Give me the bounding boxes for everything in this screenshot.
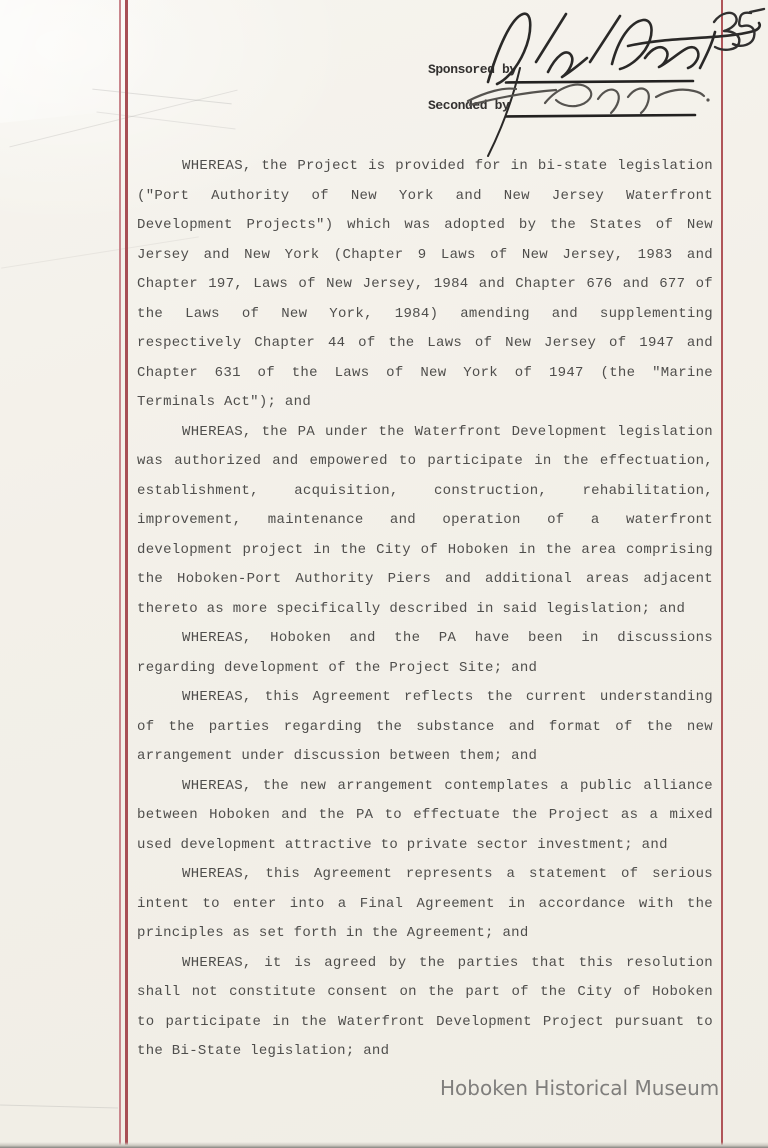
document-text-line: thereto as more specifically described i… [137,595,713,625]
document-text-line: WHEREAS, the PA under the Waterfront Dev… [137,418,713,448]
document-text-line: establishment, acquisition, construction… [137,477,713,507]
document-text-line: between Hoboken and the PA to effectuate… [137,801,713,831]
document-text-line: improvement, maintenance and operation o… [137,506,713,536]
document-text-line: intent to enter into a Final Agreement i… [137,890,713,920]
document-text-line: WHEREAS, it is agreed by the parties tha… [137,949,713,979]
document-text-line: regarding development of the Project Sit… [137,654,713,684]
scan-bottom-edge [0,1142,768,1148]
paper-crease [0,1104,118,1108]
document-text-line: ("Port Authority of New York and New Jer… [137,182,713,212]
margin-line-left-outer [119,0,121,1148]
margin-line-right [721,0,723,1148]
document-text-line: was authorized and empowered to particip… [137,447,713,477]
document-text-line: used development attractive to private s… [137,831,713,861]
sponsor-signature [488,14,760,156]
page-number-value: 35 [720,14,760,50]
document-text-line: Development Projects") which was adopted… [137,211,713,241]
document-text-line: WHEREAS, this Agreement reflects the cur… [137,683,713,713]
document-text-line: the Laws of New York, 1984) amending and… [137,300,713,330]
paper-fold-highlight [0,0,277,125]
document-text-line: Chapter 631 of the Laws of New York of 1… [137,359,713,389]
document-text-line: WHEREAS, the new arrangement contemplate… [137,772,713,802]
paper-crease [9,90,237,148]
document-text-line: to participate in the Waterfront Develop… [137,1008,713,1038]
museum-watermark: Hoboken Historical Museum [440,1076,719,1100]
document-text-line: Terminals Act"); and [137,388,713,418]
document-text-line: the Hoboken-Port Authority Piers and add… [137,565,713,595]
sponsored-signature-line [506,81,693,83]
sponsored-by-label: Sponsored by [428,62,517,77]
margin-line-left-inner [125,0,128,1148]
document-text-line: the Bi-State legislation; and [137,1037,713,1067]
document-text-line: respectively Chapter 44 of the Laws of N… [137,329,713,359]
document-text-line: of the parties regarding the substance a… [137,713,713,743]
document-text-line: shall not constitute consent on the part… [137,978,713,1008]
document-text-line: arrangement under discussion between the… [137,742,713,772]
document-text-line: principles as set forth in the Agreement… [137,919,713,949]
document-text-line: development project in the City of Hobok… [137,536,713,566]
seconded-signature-line [506,115,695,117]
paper-crease [92,89,231,105]
document-text-line: WHEREAS, this Agreement represents a sta… [137,860,713,890]
document-text-line: WHEREAS, Hoboken and the PA have been in… [137,624,713,654]
paper-crease [96,111,235,129]
seconded-by-label: Seconded by [428,98,509,113]
document-text-line: Jersey and New York (Chapter 9 Laws of N… [137,241,713,271]
document-text-line: WHEREAS, the Project is provided for in … [137,152,713,182]
document-body: WHEREAS, the Project is provided for in … [137,152,713,1067]
document-text-line: Chapter 197, Laws of New Jersey, 1984 an… [137,270,713,300]
scanned-document-page: Sponsored by Seconded by [0,0,768,1148]
